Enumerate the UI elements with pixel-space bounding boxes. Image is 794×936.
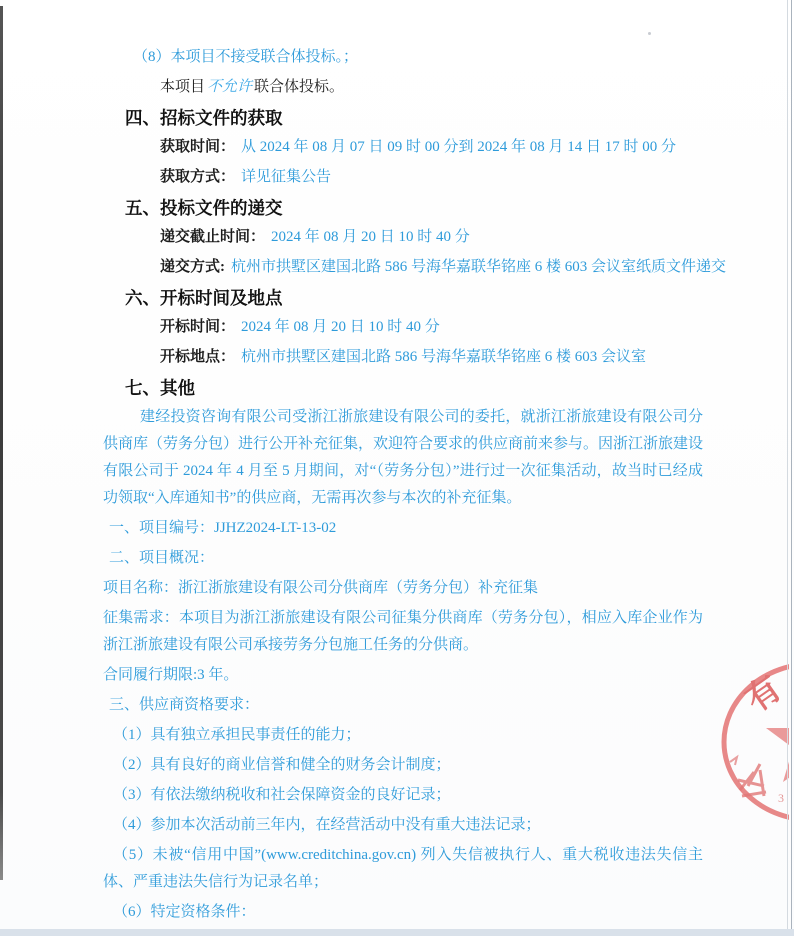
section-4-heading: 四、招标文件的获取: [125, 104, 703, 132]
note-emphasis: 不允许: [207, 79, 252, 95]
detail-label: 递交截止时间：: [160, 229, 265, 245]
section-5-heading: 五、投标文件的递交: [125, 194, 703, 222]
section-6-heading: 六、开标时间及地点: [125, 284, 703, 312]
seal-ring: [724, 664, 789, 820]
joint-bid-note: 本项目不允许联合体投标。: [160, 74, 703, 101]
qualification-item-6: （6）特定资格条件：: [103, 899, 703, 926]
note-suffix: 联合体投标。: [254, 79, 344, 95]
detail-value: 详见征集公告: [241, 169, 331, 185]
section-7-paragraph: 建经投资咨询有限公司受浙江浙旅建设有限公司的委托，就浙江浙旅建设有限公司分供商库…: [103, 404, 703, 512]
detail-value: 杭州市拱墅区建国北路 586 号海华嘉联华铭座 6 楼 603 会议室纸质文件递…: [231, 259, 726, 275]
scan-edge-bottom: [0, 929, 794, 936]
detail-value: 杭州市拱墅区建国北路 586 号海华嘉联华铭座 6 楼 603 会议室: [241, 349, 646, 365]
qualification-item-3: （3）有依法缴纳税收和社会保障资金的良好记录；: [103, 782, 703, 809]
collection-demand-line: 征集需求：本项目为浙江浙旅建设有限公司征集分供商库（劳务分包），相应入库企业作为…: [103, 605, 703, 659]
seal-bottom-glyph: [738, 764, 766, 796]
scan-speck: [648, 32, 651, 35]
supplier-qualification-heading-line: 三、供应商资格要求：: [103, 692, 703, 719]
project-name-line: 项目名称：浙江浙旅建设有限公司分供商库（劳务分包）补充征集: [103, 575, 703, 602]
document-page: （8）本项目不接受联合体投标。； 本项目不允许联合体投标。 四、招标文件的获取 …: [0, 0, 794, 936]
detail-label: 获取时间：: [160, 139, 235, 155]
detail-row-deadline: 递交截止时间：2024 年 08 月 20 日 10 时 40 分: [160, 224, 703, 251]
qualification-item-5: （5）未被“信用中国”(www.creditchina.gov.cn) 列入失信…: [103, 842, 703, 896]
detail-label: 获取方式：: [160, 169, 235, 185]
project-number-line: 一、项目编号：JJHZ2024-LT-13-02: [103, 515, 703, 542]
detail-row-open-place: 开标地点：杭州市拱墅区建国北路 586 号海华嘉联华铭座 6 楼 603 会议室: [160, 344, 703, 371]
qualification-item-2: （2）具有良好的商业信誉和健全的财务会计制度；: [103, 752, 703, 779]
seal-character: 有: [739, 669, 789, 720]
detail-value: 从 2024 年 08 月 07 日 09 时 00 分到 2024 年 08 …: [241, 139, 676, 155]
detail-row-obtain-time: 获取时间：从 2024 年 08 月 07 日 09 时 00 分到 2024 …: [160, 134, 703, 161]
scan-edge-left: [0, 6, 3, 880]
scan-edge-right-inner: [787, 0, 788, 936]
detail-value: 2024 年 08 月 20 日 10 时 40 分: [271, 229, 470, 245]
detail-label: 开标地点：: [160, 349, 235, 365]
detail-label: 开标时间：: [160, 319, 235, 335]
detail-label: 递交方式:: [160, 259, 225, 275]
detail-row-obtain-method: 获取方式：详见征集公告: [160, 164, 703, 191]
contract-term-line: 合同履行期限:3 年。: [103, 662, 703, 689]
seal-tick-mark: [730, 757, 737, 765]
clause-8-line: （8）本项目不接受联合体投标。；: [133, 44, 703, 71]
section-7-heading: 七、其他: [125, 374, 703, 402]
scan-edge-right-outer: [791, 0, 792, 936]
qualification-item-4: （4）参加本次活动前三年内，在经营活动中没有重大违法记录；: [103, 812, 703, 839]
detail-row-open-time: 开标时间：2024 年 08 月 20 日 10 时 40 分: [160, 314, 703, 341]
detail-row-submit-method: 递交方式:杭州市拱墅区建国北路 586 号海华嘉联华铭座 6 楼 603 会议室…: [160, 254, 703, 281]
project-overview-line: 二、项目概况：: [103, 545, 703, 572]
seal-corner-digit: 3: [778, 791, 784, 805]
detail-value: 2024 年 08 月 20 日 10 时 40 分: [241, 319, 440, 335]
note-prefix: 本项目: [160, 79, 205, 95]
document-body: （8）本项目不接受联合体投标。； 本项目不允许联合体投标。 四、招标文件的获取 …: [103, 0, 703, 929]
star-icon: [766, 696, 789, 782]
qualification-item-1: （1）具有独立承担民事责任的能力；: [103, 722, 703, 749]
company-seal-stamp: 有 3: [712, 658, 789, 830]
